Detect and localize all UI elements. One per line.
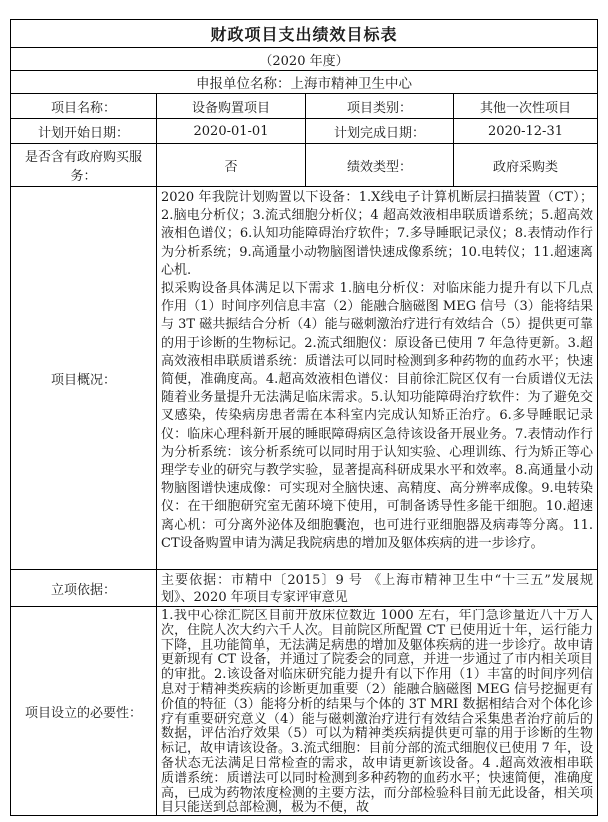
- year-row: （2020 年度）: [11, 48, 598, 71]
- field-row-gov-purchase: 是否含有政府购买服务： 否 绩效类型： 政府采购类: [11, 144, 598, 187]
- project-name-label: 项目名称：: [11, 94, 157, 119]
- basis-paragraph-1: 主要依据：市精中〔2015〕9 号 《上海市精神卫生中“十三五”发展规划》、20…: [161, 572, 593, 606]
- overview-paragraph-1: 2020 年我院计划购置以下设备：1.X线电子计算机断层扫描装置（CT）；2.脑…: [161, 189, 593, 280]
- gov-purchase-value: 否: [157, 144, 306, 187]
- fiscal-year: （2020 年度）: [11, 48, 598, 71]
- project-category-label: 项目类别：: [306, 94, 454, 119]
- reporting-unit: 申报单位名称：上海市精神卫生中心: [11, 71, 598, 94]
- performance-target-table: 财政项目支出绩效目标表 （2020 年度） 申报单位名称：上海市精神卫生中心 项…: [10, 19, 598, 816]
- section-row-necessity: 项目设立的必要性： 1.我中心徐汇院区目前开放床位数近 1000 左右，年门急诊…: [11, 607, 598, 816]
- project-name-value: 设备购置项目: [157, 94, 306, 119]
- document-title: 财政项目支出绩效目标表: [11, 20, 598, 48]
- title-row: 财政项目支出绩效目标表: [11, 20, 598, 48]
- performance-type-label: 绩效类型：: [306, 144, 454, 187]
- overview-paragraph-2: 拟采购设备具体满足以下需求 1.脑电分析仪：对临床能力提升有以下几点作用（1）时…: [161, 280, 593, 553]
- necessity-section-label: 项目设立的必要性：: [11, 607, 157, 816]
- gov-purchase-label: 是否含有政府购买服务：: [11, 144, 157, 187]
- field-row-project-name: 项目名称： 设备购置项目 项目类别： 其他一次性项目: [11, 94, 598, 119]
- start-date-value: 2020-01-01: [157, 119, 306, 144]
- start-date-label: 计划开始日期：: [11, 119, 157, 144]
- field-row-dates: 计划开始日期： 2020-01-01 计划完成日期： 2020-12-31: [11, 119, 598, 144]
- basis-section-label: 立项依据：: [11, 570, 157, 607]
- end-date-value: 2020-12-31: [454, 119, 598, 144]
- overview-section-label: 项目概况：: [11, 187, 157, 570]
- basis-text: 主要依据：市精中〔2015〕9 号 《上海市精神卫生中“十三五”发展规划》、20…: [161, 572, 593, 606]
- end-date-label: 计划完成日期：: [306, 119, 454, 144]
- necessity-text: 1.我中心徐汇院区目前开放床位数近 1000 左右，年门急诊量近八十万人次，住院…: [161, 609, 593, 815]
- project-category-value: 其他一次性项目: [454, 94, 598, 119]
- unit-row: 申报单位名称：上海市精神卫生中心: [11, 71, 598, 94]
- overview-text: 2020 年我院计划购置以下设备：1.X线电子计算机断层扫描装置（CT）；2.脑…: [161, 189, 593, 569]
- necessity-section-content: 1.我中心徐汇院区目前开放床位数近 1000 左右，年门急诊量近八十万人次，住院…: [157, 607, 598, 816]
- performance-type-value: 政府采购类: [454, 144, 598, 187]
- section-row-basis: 立项依据： 主要依据：市精中〔2015〕9 号 《上海市精神卫生中“十三五”发展…: [11, 570, 598, 607]
- document-page: 财政项目支出绩效目标表 （2020 年度） 申报单位名称：上海市精神卫生中心 项…: [0, 0, 608, 822]
- overview-section-content: 2020 年我院计划购置以下设备：1.X线电子计算机断层扫描装置（CT）；2.脑…: [157, 187, 598, 570]
- section-row-overview: 项目概况： 2020 年我院计划购置以下设备：1.X线电子计算机断层扫描装置（C…: [11, 187, 598, 570]
- basis-section-content: 主要依据：市精中〔2015〕9 号 《上海市精神卫生中“十三五”发展规划》、20…: [157, 570, 598, 607]
- necessity-paragraph-1: 1.我中心徐汇院区目前开放床位数近 1000 左右，年门急诊量近八十万人次，住院…: [161, 609, 593, 815]
